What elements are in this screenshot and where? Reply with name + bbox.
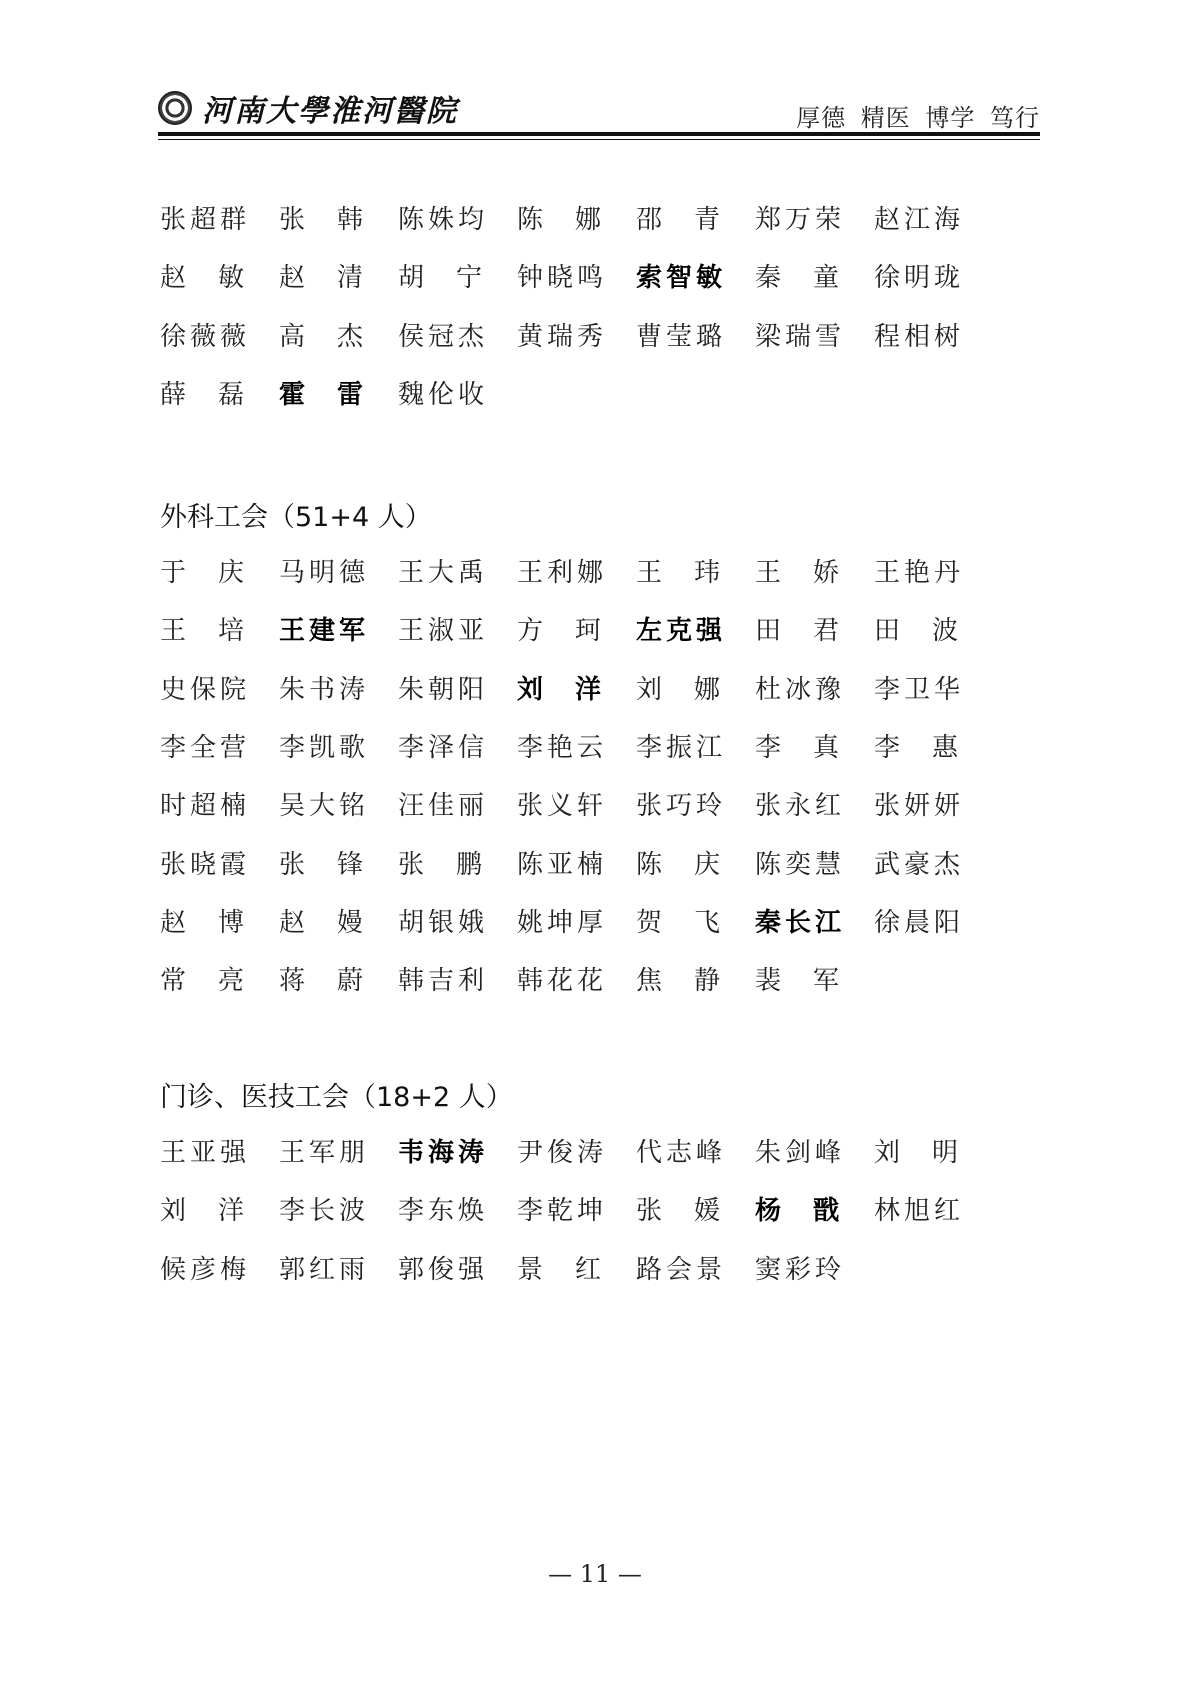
member-name: 秦童 xyxy=(755,258,839,298)
member-name: 胡宁 xyxy=(398,258,482,298)
member-name: 姚坤厚 xyxy=(517,903,603,943)
member-name: 郭俊强 xyxy=(398,1250,484,1290)
member-name: 王大禹 xyxy=(398,553,484,593)
member-name: 李乾坤 xyxy=(517,1191,603,1231)
member-name: 陈奕慧 xyxy=(755,845,841,885)
member-name: 韦海涛 xyxy=(398,1133,484,1173)
member-name: 赵敏 xyxy=(160,258,244,298)
member-name: 尹俊涛 xyxy=(517,1133,603,1173)
member-name: 赵博 xyxy=(160,903,244,943)
member-name: 常亮 xyxy=(160,961,244,1001)
member-name: 黄瑞秀 xyxy=(517,317,603,357)
member-name: 王培 xyxy=(160,611,244,651)
member-name: 张晓霞 xyxy=(160,845,246,885)
member-name: 韩花花 xyxy=(517,961,603,1001)
member-name: 朱剑峰 xyxy=(755,1133,841,1173)
member-name: 蒋蔚 xyxy=(279,961,363,1001)
member-name: 李泽信 xyxy=(398,728,484,768)
member-name: 郑万荣 xyxy=(755,200,841,240)
member-name: 王娇 xyxy=(755,553,839,593)
member-name: 赵清 xyxy=(279,258,363,298)
member-name: 魏伦收 xyxy=(398,375,484,415)
member-name: 焦静 xyxy=(636,961,720,1001)
member-name: 张媛 xyxy=(636,1191,720,1231)
member-name: 景红 xyxy=(517,1250,601,1290)
member-name: 王建军 xyxy=(279,611,365,651)
member-name: 徐明珑 xyxy=(874,258,960,298)
member-name: 郭红雨 xyxy=(279,1250,365,1290)
member-name: 杨戬 xyxy=(755,1191,839,1231)
member-name: 程相树 xyxy=(874,317,960,357)
member-name: 王淑亚 xyxy=(398,611,484,651)
member-name: 刘洋 xyxy=(160,1191,244,1231)
member-name: 时超楠 xyxy=(160,786,246,826)
member-name: 徐薇薇 xyxy=(160,317,246,357)
member-name: 李长波 xyxy=(279,1191,365,1231)
member-name: 霍雷 xyxy=(279,375,363,415)
member-name: 梁瑞雪 xyxy=(755,317,841,357)
member-name: 曹莹璐 xyxy=(636,317,722,357)
member-name: 代志峰 xyxy=(636,1133,722,1173)
motto: 厚德 精医 博学 笃行 xyxy=(796,98,1040,133)
member-name: 杜冰豫 xyxy=(755,670,841,710)
member-name: 邵青 xyxy=(636,200,720,240)
member-name: 赵嫚 xyxy=(279,903,363,943)
member-name: 贺飞 xyxy=(636,903,720,943)
member-name: 李卫华 xyxy=(874,670,960,710)
header-rule-thin xyxy=(158,139,1040,140)
institution-name: 河南大學淮河醫院 xyxy=(202,86,458,130)
member-name: 高杰 xyxy=(279,317,363,357)
hospital-emblem-icon xyxy=(158,91,192,125)
member-name: 薛磊 xyxy=(160,375,244,415)
member-name: 刘洋 xyxy=(517,670,601,710)
section-title: 外科工会（51+4 人） xyxy=(160,495,432,534)
member-name: 徐晨阳 xyxy=(874,903,960,943)
member-name: 李凯歌 xyxy=(279,728,365,768)
member-name: 李东焕 xyxy=(398,1191,484,1231)
member-name: 于庆 xyxy=(160,553,244,593)
member-name: 王利娜 xyxy=(517,553,603,593)
member-name: 张鹏 xyxy=(398,845,482,885)
logo: 河南大學淮河醫院 xyxy=(158,86,458,130)
member-name: 陈娜 xyxy=(517,200,601,240)
member-name: 左克强 xyxy=(636,611,722,651)
member-name: 田君 xyxy=(755,611,839,651)
member-name: 武豪杰 xyxy=(874,845,960,885)
member-name: 马明德 xyxy=(279,553,365,593)
member-name: 李全营 xyxy=(160,728,246,768)
member-name: 王艳丹 xyxy=(874,553,960,593)
member-name: 朱朝阳 xyxy=(398,670,484,710)
member-name: 方珂 xyxy=(517,611,601,651)
member-name: 陈姝均 xyxy=(398,200,484,240)
member-name: 张锋 xyxy=(279,845,363,885)
member-name: 张巧玲 xyxy=(636,786,722,826)
member-name: 赵江海 xyxy=(874,200,960,240)
member-name: 张超群 xyxy=(160,200,246,240)
member-name: 陈亚楠 xyxy=(517,845,603,885)
header-rule-thick xyxy=(158,132,1040,136)
member-name: 索智敏 xyxy=(636,258,722,298)
member-name: 王亚强 xyxy=(160,1133,246,1173)
member-name: 张义轩 xyxy=(517,786,603,826)
member-name: 张韩 xyxy=(279,200,363,240)
member-name: 王玮 xyxy=(636,553,720,593)
member-name: 吴大铭 xyxy=(279,786,365,826)
member-name: 张永红 xyxy=(755,786,841,826)
member-name: 李惠 xyxy=(874,728,958,768)
member-name: 田波 xyxy=(874,611,958,651)
member-name: 侯冠杰 xyxy=(398,317,484,357)
member-name: 朱书涛 xyxy=(279,670,365,710)
member-name: 刘娜 xyxy=(636,670,720,710)
member-name: 裴军 xyxy=(755,961,839,1001)
member-name: 王军朋 xyxy=(279,1133,365,1173)
member-name: 陈庆 xyxy=(636,845,720,885)
member-name: 窦彩玲 xyxy=(755,1250,841,1290)
member-name: 张妍妍 xyxy=(874,786,960,826)
member-name: 刘明 xyxy=(874,1133,958,1173)
page-number: — 11 — xyxy=(0,1560,1190,1588)
member-name: 韩吉利 xyxy=(398,961,484,1001)
member-name: 史保院 xyxy=(160,670,246,710)
member-name: 李真 xyxy=(755,728,839,768)
page-header: 河南大學淮河醫院 厚德 精医 博学 笃行 xyxy=(158,82,1040,142)
member-name: 李艳云 xyxy=(517,728,603,768)
member-name: 路会景 xyxy=(636,1250,722,1290)
member-name: 林旭红 xyxy=(874,1191,960,1231)
section-title: 门诊、医技工会（18+2 人） xyxy=(160,1075,513,1114)
member-name: 胡银娥 xyxy=(398,903,484,943)
member-name: 汪佳丽 xyxy=(398,786,484,826)
member-name: 钟晓鸣 xyxy=(517,258,603,298)
member-name: 李振江 xyxy=(636,728,722,768)
member-name: 候彦梅 xyxy=(160,1250,246,1290)
member-name: 秦长江 xyxy=(755,903,841,943)
